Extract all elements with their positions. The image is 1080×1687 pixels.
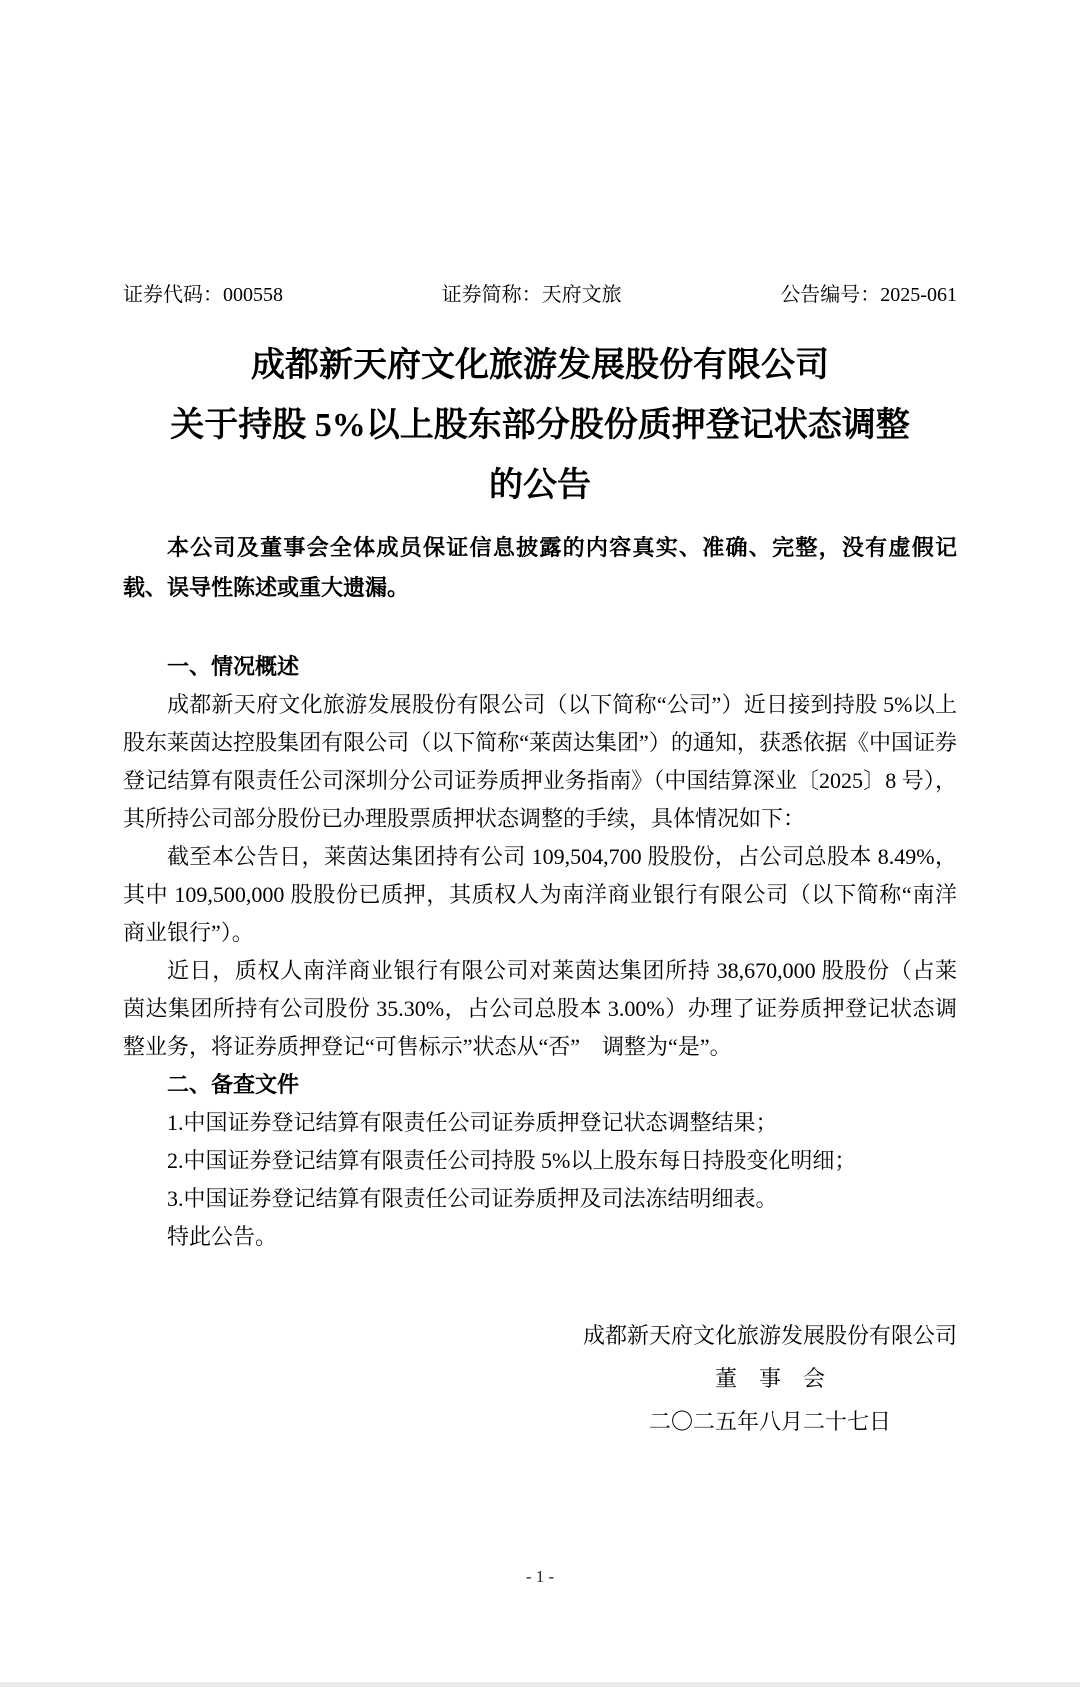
announcement-number: 公告编号：2025-061	[780, 280, 957, 310]
stock-short-name: 证券简称：天府文旅	[442, 280, 622, 310]
overview-paragraph-1: 成都新天府文化旅游发展股份有限公司（以下简称“公司”）近日接到持股 5%以上股东…	[123, 686, 957, 838]
section-heading-reference-documents: 二、备查文件	[123, 1066, 957, 1104]
board-statement: 本公司及董事会全体成员保证信息披露的内容真实、准确、完整，没有虚假记载、误导性陈…	[123, 528, 957, 608]
signature-board: 董 事 会	[583, 1357, 957, 1400]
signature-date: 二〇二五年八月二十七日	[583, 1400, 957, 1443]
page-title-subject: 关于持股 5%以上股东部分股份质押登记状态调整	[123, 400, 957, 452]
overview-paragraph-2: 截至本公告日，莱茵达集团持有公司 109,504,700 股股份，占公司总股本 …	[123, 838, 957, 952]
reference-document-item-1: 1.中国证券登记结算有限责任公司证券质押登记状态调整结果；	[123, 1104, 957, 1142]
signature-company: 成都新天府文化旅游发展股份有限公司	[583, 1314, 957, 1357]
stock-code: 证券代码：000558	[123, 280, 283, 310]
signature-block: 成都新天府文化旅游发展股份有限公司 董 事 会 二〇二五年八月二十七日	[583, 1314, 957, 1443]
reference-document-item-3: 3.中国证券登记结算有限责任公司证券质押及司法冻结明细表。	[123, 1180, 957, 1218]
closing-line: 特此公告。	[123, 1218, 957, 1256]
document-content: 证券代码：000558 证券简称：天府文旅 公告编号：2025-061 成都新天…	[123, 280, 957, 1443]
page-title-company: 成都新天府文化旅游发展股份有限公司	[123, 340, 957, 392]
page-bottom-edge	[0, 1682, 1080, 1687]
page-title-suffix: 的公告	[123, 460, 957, 512]
section-heading-overview: 一、情况概述	[123, 648, 957, 686]
announcement-page: 证券代码：000558 证券简称：天府文旅 公告编号：2025-061 成都新天…	[0, 0, 1080, 1687]
reference-document-item-2: 2.中国证券登记结算有限责任公司持股 5%以上股东每日持股变化明细；	[123, 1142, 957, 1180]
page-number: - 1 -	[0, 1566, 1080, 1588]
overview-paragraph-3: 近日，质权人南洋商业银行有限公司对莱茵达集团所持 38,670,000 股股份（…	[123, 952, 957, 1066]
document-header: 证券代码：000558 证券简称：天府文旅 公告编号：2025-061	[123, 280, 957, 310]
